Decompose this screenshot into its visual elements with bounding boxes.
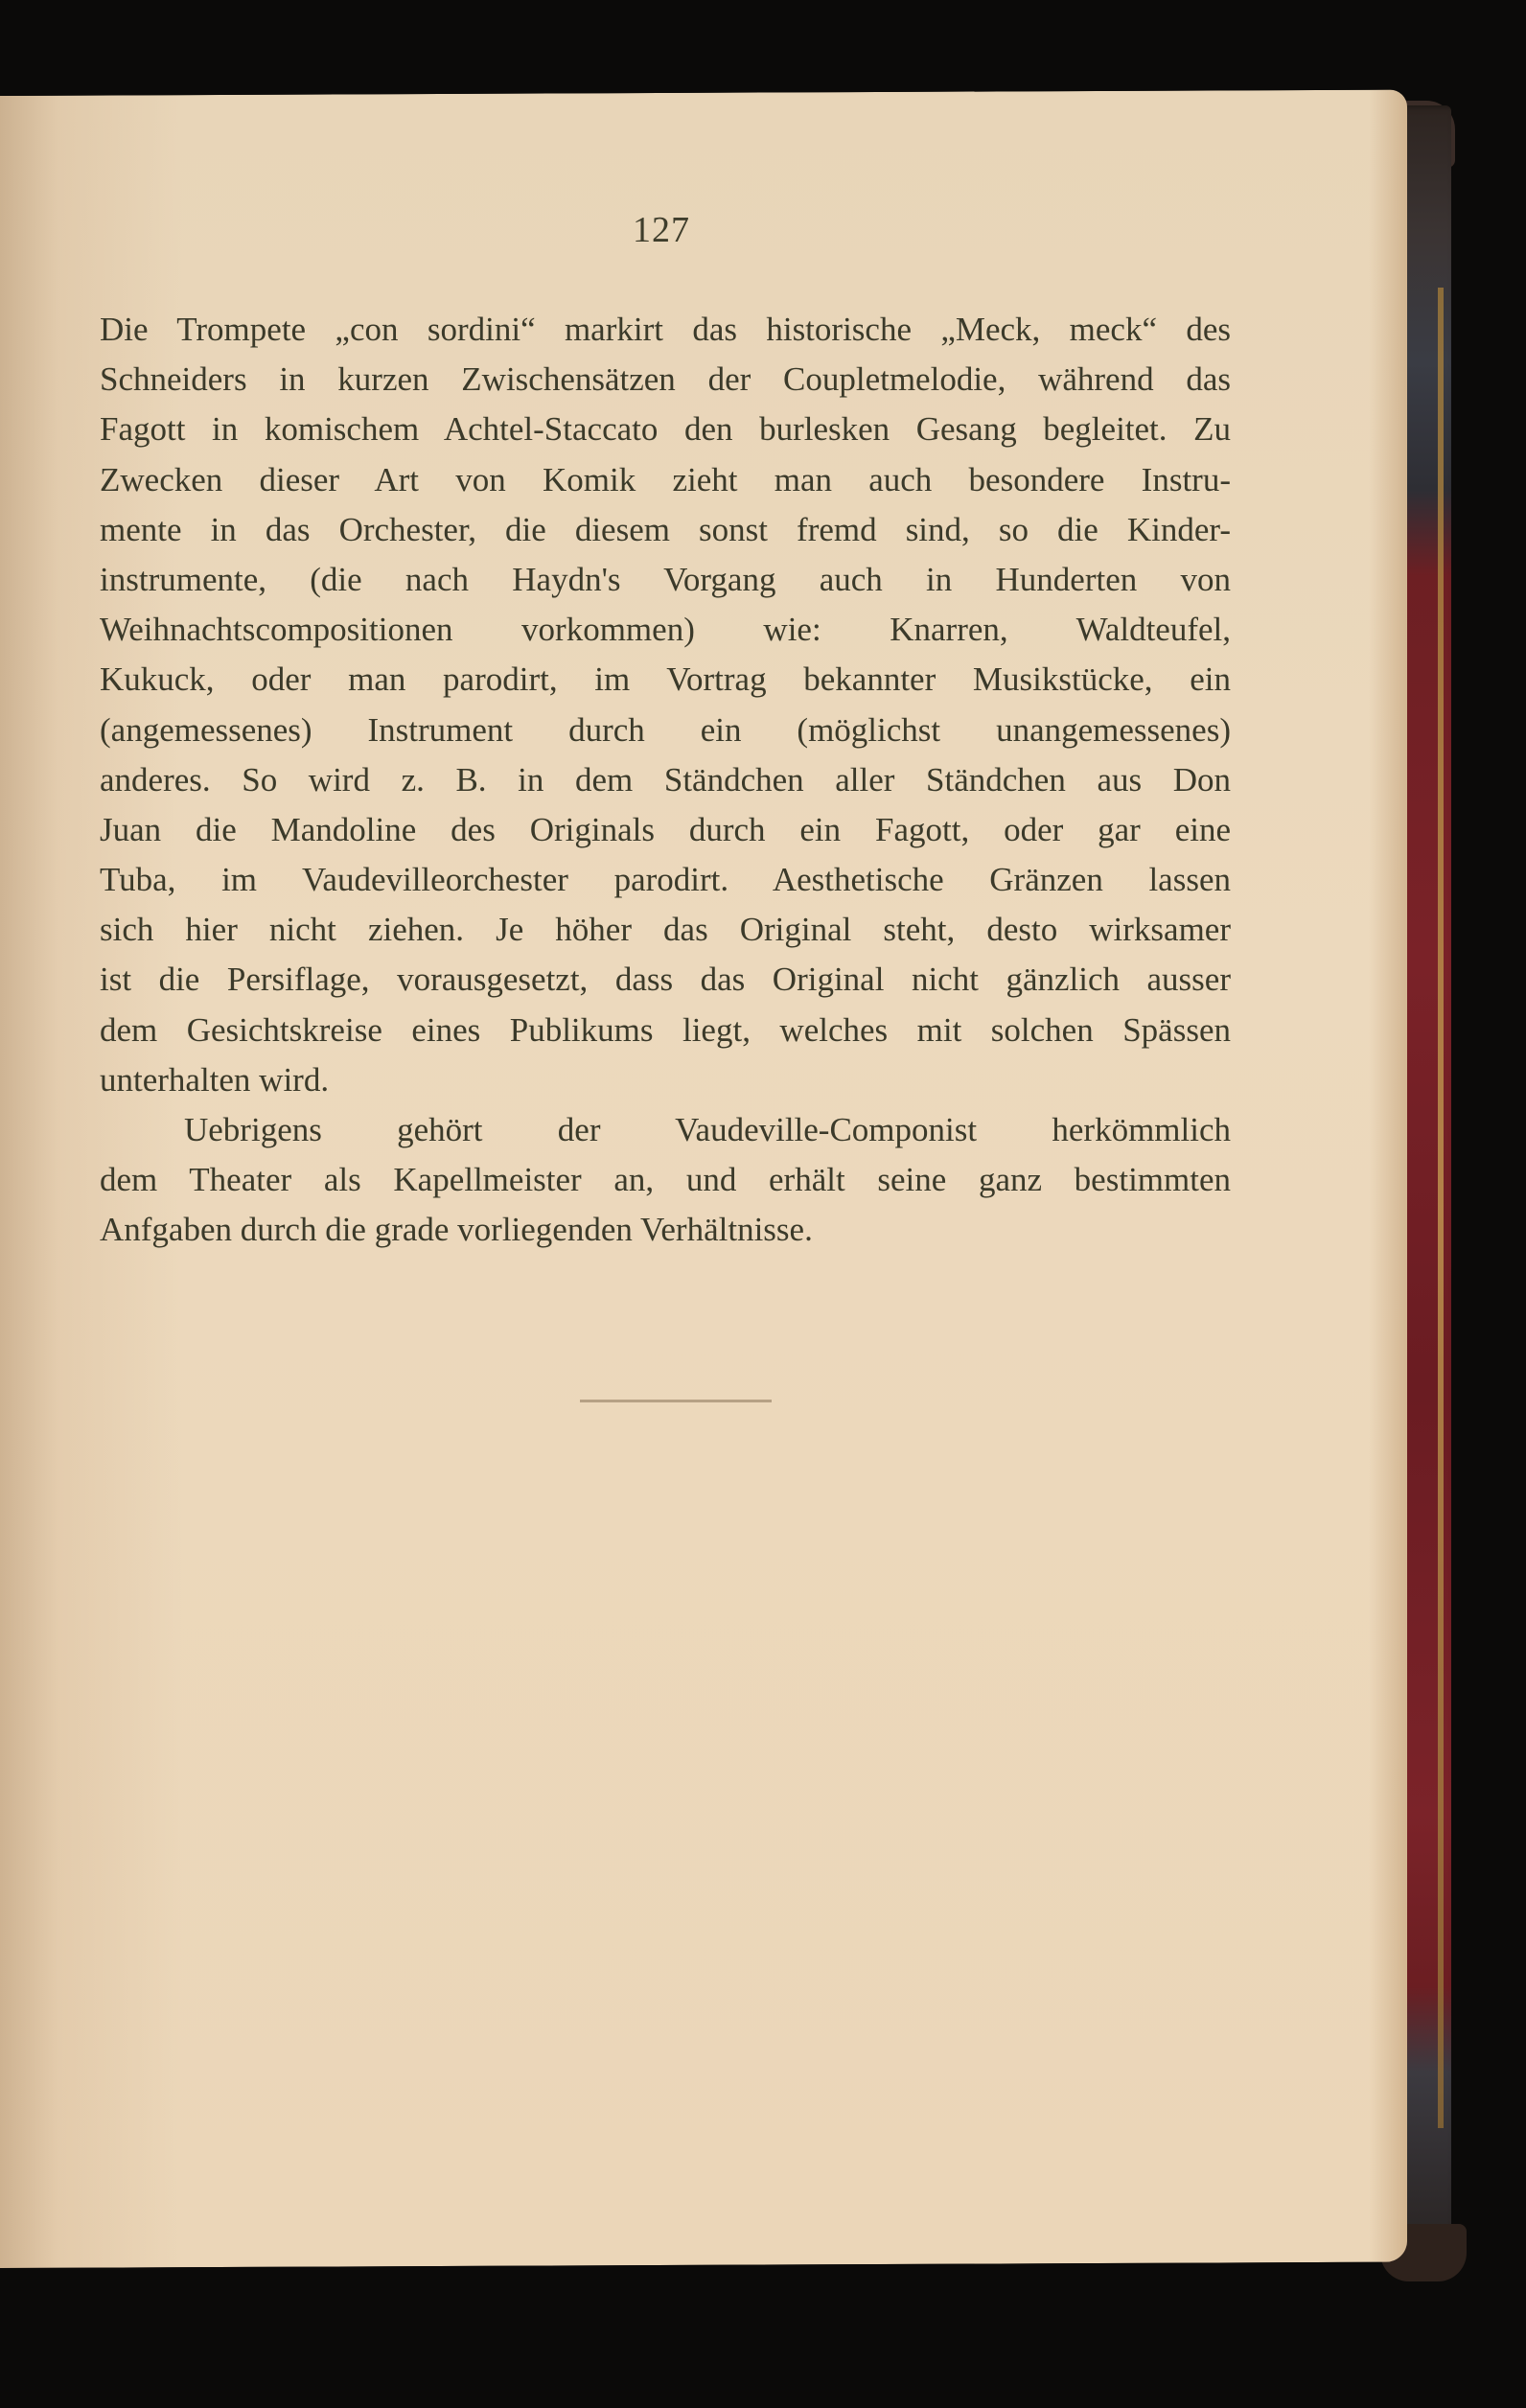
text-line: mente in das Orchester, die diesem sonst… <box>100 505 1231 555</box>
text-line: Anfgaben durch die grade vorliegenden Ve… <box>100 1205 1231 1255</box>
text-line: dem Gesichtskreise eines Publikums liegt… <box>100 1006 1231 1055</box>
text-line: sich hier nicht ziehen. Je höher das Ori… <box>100 905 1231 955</box>
page-edge-shadow <box>1369 90 1407 2262</box>
body-text: Die Trompete „con sordini“ markirt das h… <box>100 305 1231 1256</box>
text-line: unterhalten wird. <box>100 1055 1231 1105</box>
book-spine-gilt-edge <box>1438 288 1444 2128</box>
text-line: (angemessenes) Instrument durch ein (mög… <box>100 706 1231 755</box>
text-line: instrumente, (die nach Haydn's Vorgang a… <box>100 555 1231 605</box>
text-line: Schneiders in kurzen Zwischensätzen der … <box>100 355 1231 405</box>
text-line: Zwecken dieser Art von Komik zieht man a… <box>100 455 1231 505</box>
text-line: dem Theater als Kapellmeister an, und er… <box>100 1155 1231 1205</box>
text-line: Juan die Mandoline des Originals durch e… <box>100 805 1231 855</box>
text-line: Fagott in komischem Achtel-Staccato den … <box>100 405 1231 454</box>
paragraph-1: Die Trompete „con sordini“ markirt das h… <box>100 305 1231 1105</box>
text-line: Kukuck, oder man parodirt, im Vortrag be… <box>100 655 1231 705</box>
text-line: Weihnachtscompositionen vorkommen) wie: … <box>100 605 1231 655</box>
text-line: Uebrigens gehört der Vaudeville-Componis… <box>100 1105 1231 1155</box>
paragraph-2: Uebrigens gehört der Vaudeville-Componis… <box>100 1105 1231 1256</box>
section-separator <box>580 1400 772 1402</box>
page-number: 127 <box>633 209 690 251</box>
text-line: ist die Persiflage, vorausgesetzt, dass … <box>100 955 1231 1005</box>
text-line: anderes. So wird z. B. in dem Ständchen … <box>100 755 1231 805</box>
text-line: Tuba, im Vaudevilleorchester parodirt. A… <box>100 855 1231 905</box>
text-line: Die Trompete „con sordini“ markirt das h… <box>100 305 1231 355</box>
